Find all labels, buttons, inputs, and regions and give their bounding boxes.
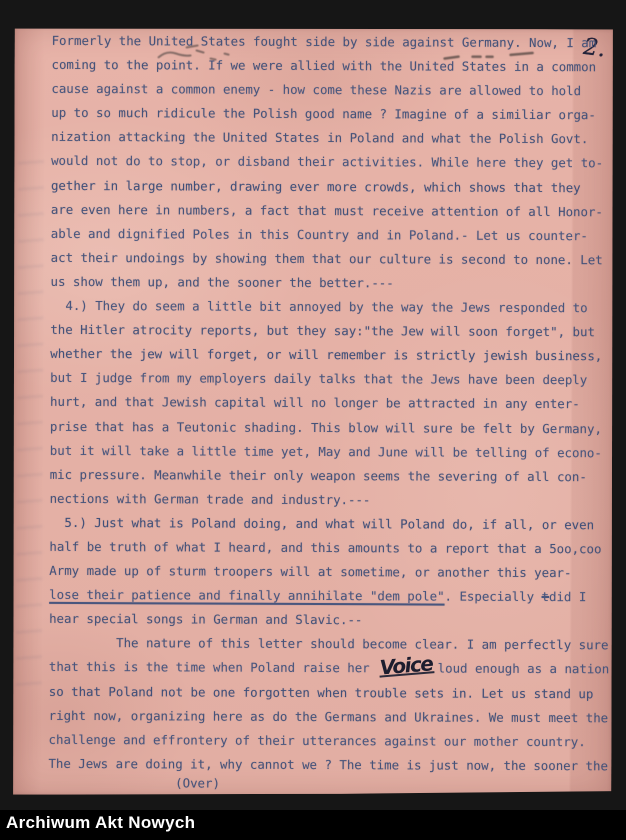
letter-text: Army made up of sturm troopers will at s… (49, 563, 571, 580)
letter-line: challenge and effrontery of their uttera… (49, 728, 615, 755)
letter-line: right now, organizing here as do the Ger… (49, 703, 615, 730)
letter-line: lose their patience and finally annihila… (49, 583, 615, 610)
letter-text: lose their patience and finally annihila… (49, 587, 444, 604)
letter-text: challenge and effrontery of their uttera… (49, 732, 586, 749)
letter-line: are even here in numbers, a fact that mu… (51, 198, 617, 225)
letter-line: whether the jew will forget, or will rem… (50, 342, 616, 369)
letter-text: hear special songs in German and Slavic.… (49, 611, 362, 627)
letter-line: The nature of this letter should become … (49, 631, 615, 658)
letter-line: Formerly the United States fought side b… (52, 29, 618, 56)
letter-text: able and dignified Poles in this Country… (51, 226, 588, 243)
letter-body: Formerly the United States fought side b… (48, 29, 617, 797)
letter-page: 2. Formerly the United States fought sid… (11, 27, 614, 798)
letter-text: 5.) Just what is Poland doing, and what … (49, 515, 594, 532)
letter-line: nization attacking the United States in … (51, 125, 617, 152)
letter-line: hurt, and that Jewish capital will no lo… (50, 390, 616, 417)
archive-watermark: Archiwum Akt Nowych (6, 813, 195, 833)
letter-line: but it will take a little time yet, May … (50, 438, 616, 465)
letter-line: prise that has a Teutonic shading. This … (50, 414, 616, 441)
letter-line: gether in large number, drawing ever mor… (51, 173, 617, 200)
letter-line: Army made up of sturm troopers will at s… (49, 559, 615, 586)
letter-text: . Especially (445, 589, 542, 604)
letter-text: but it will take a little time yet, May … (50, 442, 602, 459)
letter-text: the Hitler atrocity reports, but they sa… (50, 322, 595, 339)
letter-line: able and dignified Poles in this Country… (51, 222, 617, 249)
letter-line: up to so much ridicule the Polish good n… (51, 101, 617, 128)
letter-text: act their undoings by showing them that … (51, 250, 603, 267)
handwritten-voice: Voice (379, 657, 435, 678)
letter-line: mic pressure. Meanwhile their only weapo… (50, 463, 616, 490)
letter-text: whether the jew will forget, or will rem… (50, 346, 602, 363)
letter-line: act their undoings by showing them that … (51, 246, 617, 273)
letter-line: 4.) They do seem a little bit annoyed by… (50, 294, 616, 321)
letter-line: 5.) Just what is Poland doing, and what … (49, 511, 615, 538)
letter-text: Formerly the United States fought side b… (52, 33, 597, 50)
letter-text: t (542, 589, 550, 604)
letter-text: nections with German trade and industry.… (50, 491, 371, 507)
letter-line: coming to the point. If we were allied w… (51, 53, 617, 80)
letter-text: up to so much ridicule the Polish good n… (51, 105, 596, 122)
letter-text: gether in large number, drawing ever mor… (51, 177, 581, 194)
letter-line: so that Poland not be one forgotten when… (49, 679, 615, 706)
letter-text: The nature of this letter should become … (49, 635, 609, 652)
letter-text: prise that has a Teutonic shading. This … (50, 418, 602, 435)
letter-text: loud enough as a nation (438, 661, 610, 677)
letter-text: cause against a common enemy - how come … (51, 81, 581, 98)
ink-bleed-through (16, 147, 44, 707)
archive-scan: 2. Formerly the United States fought sid… (0, 0, 626, 840)
letter-text: but I judge from my employers daily talk… (50, 370, 587, 387)
letter-text: mic pressure. Meanwhile their only weapo… (50, 467, 587, 484)
letter-text: coming to the point. If we were allied w… (51, 57, 596, 74)
watermark-bar: Archiwum Akt Nowych (0, 810, 626, 840)
letter-line: that this is the time when Poland raise … (49, 655, 615, 682)
letter-text: so that Poland not be one forgotten when… (49, 683, 594, 700)
letter-text: us show them up, and the sooner the bett… (51, 274, 394, 290)
letter-text: half be truth of what I heard, and this … (49, 539, 601, 556)
letter-line: but I judge from my employers daily talk… (50, 366, 616, 393)
letter-text: would not do to stop, or disband their a… (51, 153, 603, 170)
letter-text: did I (549, 589, 586, 604)
letter-text: are even here in numbers, a fact that mu… (51, 202, 603, 219)
letter-text: hurt, and that Jewish capital will no lo… (50, 394, 580, 411)
letter-text: 4.) They do seem a little bit annoyed by… (50, 298, 587, 315)
letter-line: nections with German trade and industry.… (50, 487, 616, 514)
letter-line: half be truth of what I heard, and this … (49, 535, 615, 562)
over-note: (Over) (48, 775, 220, 791)
letter-line: us show them up, and the sooner the bett… (51, 270, 617, 297)
letter-line: hear special songs in German and Slavic.… (49, 607, 615, 634)
letter-line: cause against a common enemy - how come … (51, 77, 617, 104)
letter-line: the Hitler atrocity reports, but they sa… (50, 318, 616, 345)
letter-text: right now, organizing here as do the Ger… (49, 707, 609, 724)
letter-text: that this is the time when Poland raise … (49, 659, 377, 675)
letter-line: would not do to stop, or disband their a… (51, 149, 617, 176)
letter-text: nization attacking the United States in … (51, 129, 588, 146)
